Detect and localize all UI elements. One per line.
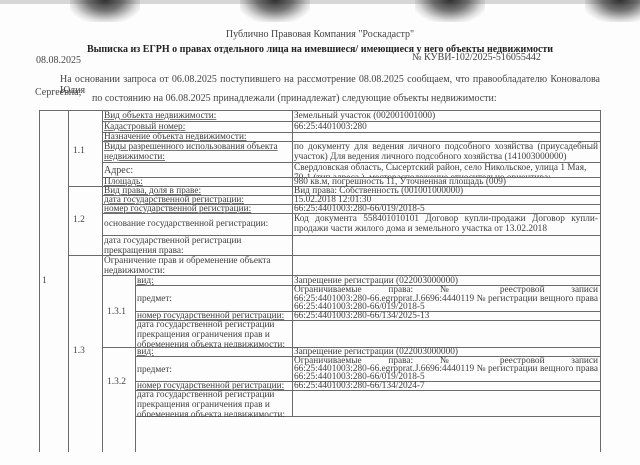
field-label: предмет: [137, 365, 290, 375]
field-label: дата государственной регистрации прекращ… [137, 390, 292, 417]
field-label: номер государственной регистрации: [104, 204, 290, 214]
field-label: Адрес: [104, 166, 290, 176]
document-title: Выписка из ЕГРН о правах отдельного лица… [0, 44, 640, 55]
encumbrance-registration-number: 66:25:4401003:280-66/134/2025-13 [294, 311, 598, 321]
subsection-number: 1.3.1 [107, 307, 126, 317]
binding-hole-shadow [70, 0, 140, 22]
encumbrance-registration-number: 66:25:4401003:280-66/134/2024-7 [294, 381, 598, 391]
field-label: Виды разрешенного использования объекта … [104, 142, 290, 162]
field-label: вид: [137, 347, 290, 357]
binding-hole-shadow [240, 0, 310, 22]
field-label: Вид объекта недвижимости: [104, 111, 290, 121]
field-label: основание государственной регистрации: [104, 219, 290, 229]
document-date: 08.08.2025 [36, 55, 81, 66]
intro-holder-name: Сергеевна; [35, 87, 81, 98]
field-label: вид: [137, 276, 290, 286]
binding-hole-shadow [585, 0, 640, 22]
document-number: № КУВИ-102/2025-516055442 [412, 52, 541, 63]
field-label: предмет: [137, 294, 290, 304]
address-value: Свердловская область, Сысертский район, … [294, 163, 598, 177]
section-number: 1.3 [73, 346, 85, 356]
object-type-value: Земельный участок (002001001000) [294, 111, 598, 121]
encumbrance-label: Ограничение прав и обременение объекта н… [104, 256, 290, 275]
section-number: 1.2 [73, 215, 85, 225]
permitted-use-value: по документу для ведения личного подсобн… [294, 142, 598, 162]
section-number: 1.1 [73, 146, 85, 156]
cadastral-number-value: 66:25:4401003:280 [294, 122, 598, 132]
binding-hole-shadow [415, 0, 485, 22]
issuer-name: Публично Правовая Компания "Роскадастр" [0, 29, 640, 40]
field-label: дата государственной регистрации прекращ… [104, 236, 290, 255]
intro-status-line: по состоянию на 06.08.2025 принадлежали … [92, 93, 497, 104]
row-number: 1 [42, 276, 47, 286]
registration-number-value: 66:25:4401003:280-66/019/2018-5 [294, 204, 598, 214]
field-label: Назначение объекта недвижимости: [104, 132, 290, 142]
registration-basis-value: Код документа 558401010101 Договор купли… [294, 214, 598, 234]
field-label: Кадастровый номер: [104, 122, 290, 132]
subsection-number: 1.3.2 [107, 377, 126, 387]
field-label: дата государственной регистрации прекращ… [137, 320, 292, 347]
